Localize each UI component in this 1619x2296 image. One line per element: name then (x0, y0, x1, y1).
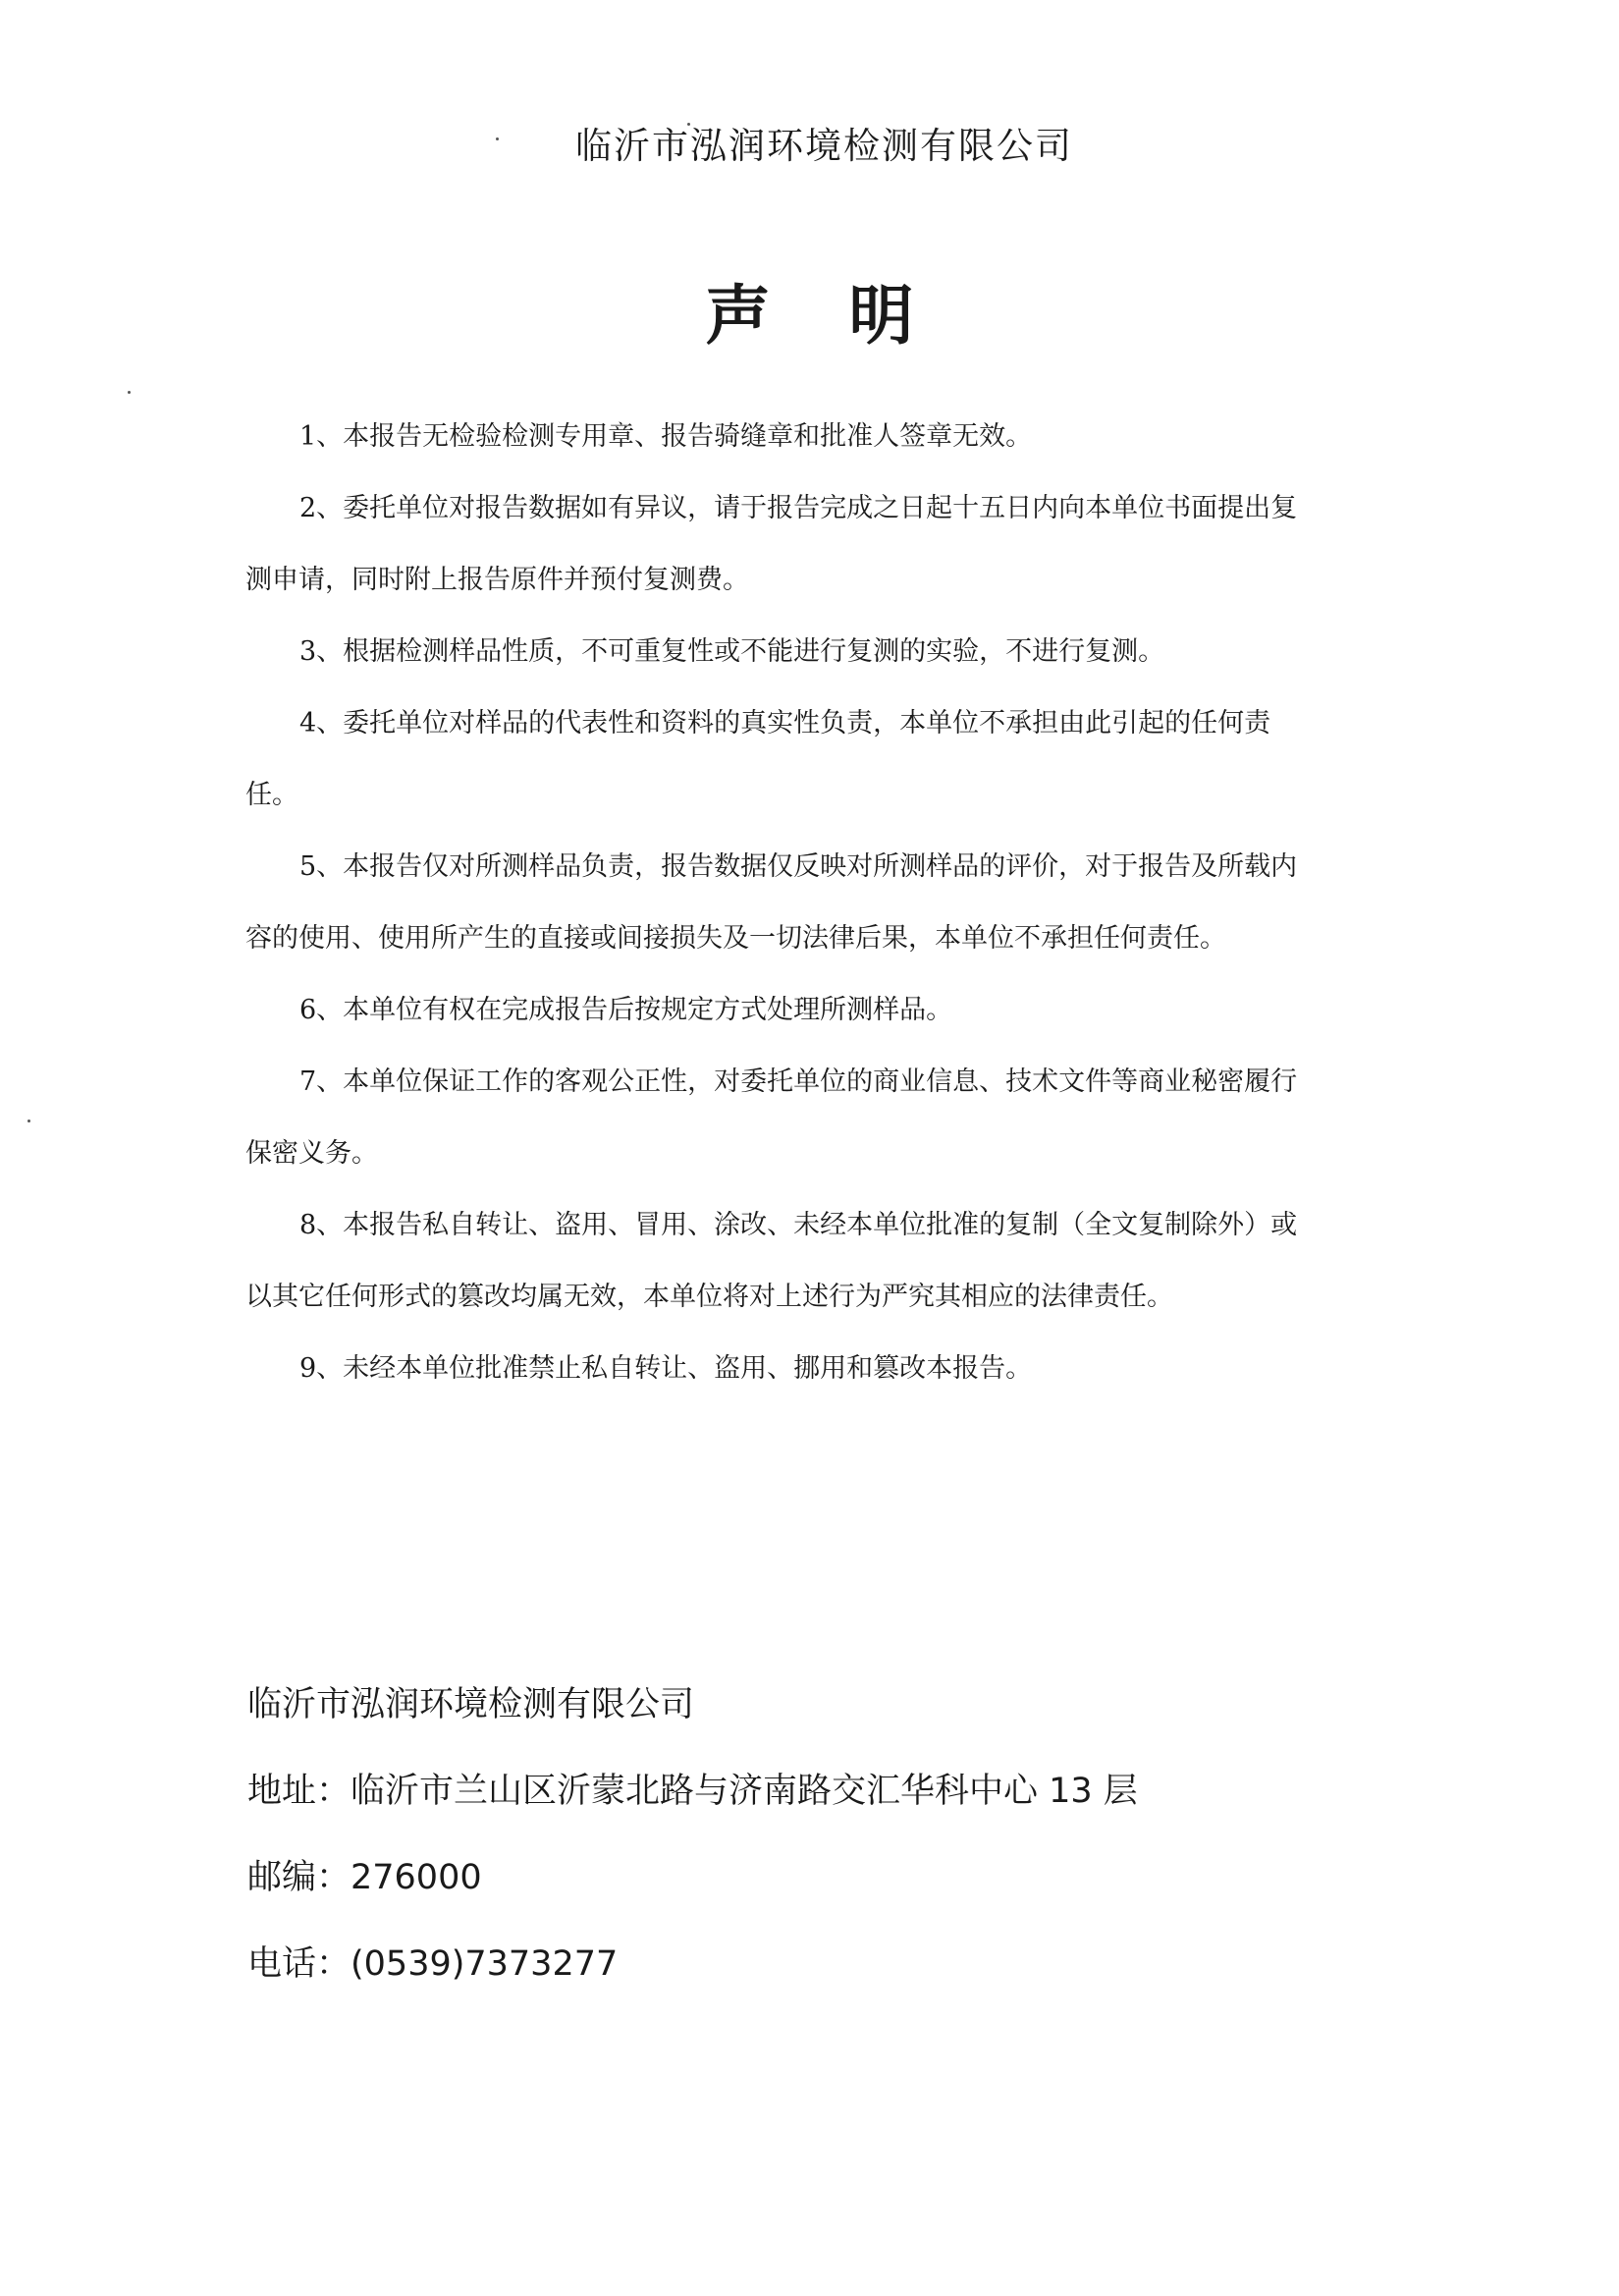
statement-item-8: 8、本报告私自转让、盗用、冒用、涂改、未经本单位批准的复制（全文复制除外）或 以… (245, 1206, 1384, 1317)
scan-speck (27, 1120, 30, 1122)
scan-speck (687, 123, 690, 126)
contact-company: 临沂市泓润环境检测有限公司 (247, 1681, 1138, 1768)
statement-line: 3、根据检测样品性质，不可重复性或不能进行复测的实验，不进行复测。 (245, 632, 1384, 672)
statement-line: 以其它任何形式的篡改均属无效，本单位将对上述行为严究其相应的法律责任。 (245, 1278, 1384, 1317)
scan-speck (128, 391, 131, 394)
contact-block: 临沂市泓润环境检测有限公司 地址：临沂市兰山区沂蒙北路与济南路交汇华科中心 13… (247, 1681, 1138, 2027)
title-char-1: 声 (706, 277, 771, 354)
statement-line: 任。 (245, 776, 1384, 815)
statement-line: 容的使用、使用所产生的直接或间接损失及一切法律后果，本单位不承担任何责任。 (245, 919, 1384, 958)
statement-line: 2、委托单位对报告数据如有异议，请于报告完成之日起十五日内向本单位书面提出复 (245, 489, 1384, 528)
statement-line: 9、未经本单位批准禁止私自转让、盗用、挪用和篡改本报告。 (245, 1349, 1384, 1389)
statement-line: 6、本单位有权在完成报告后按规定方式处理所测样品。 (245, 991, 1384, 1030)
header-company-name: 临沂市泓润环境检测有限公司 (0, 116, 1619, 169)
statement-line: 1、本报告无检验检测专用章、报告骑缝章和批准人签章无效。 (245, 417, 1384, 457)
statement-line: 保密义务。 (245, 1134, 1384, 1174)
statement-item-1: 1、本报告无检验检测专用章、报告骑缝章和批准人签章无效。 (245, 417, 1384, 457)
statement-line: 8、本报告私自转让、盗用、冒用、涂改、未经本单位批准的复制（全文复制除外）或 (245, 1206, 1384, 1245)
page-title: 声明 (0, 263, 1619, 356)
contact-phone: 电话：(0539)7373277 (247, 1941, 1138, 2027)
statement-item-9: 9、未经本单位批准禁止私自转让、盗用、挪用和篡改本报告。 (245, 1349, 1384, 1389)
statement-line: 7、本单位保证工作的客观公正性，对委托单位的商业信息、技术文件等商业秘密履行 (245, 1063, 1384, 1102)
contact-address: 地址：临沂市兰山区沂蒙北路与济南路交汇华科中心 13 层 (247, 1768, 1138, 1854)
statement-line: 测申请，同时附上报告原件并预付复测费。 (245, 561, 1384, 600)
statement-item-3: 3、根据检测样品性质，不可重复性或不能进行复测的实验，不进行复测。 (245, 632, 1384, 672)
statement-list: 1、本报告无检验检测专用章、报告骑缝章和批准人签章无效。 2、委托单位对报告数据… (245, 417, 1384, 1389)
statement-item-5: 5、本报告仅对所测样品负责，报告数据仅反映对所测样品的评价，对于报告及所载内 容… (245, 847, 1384, 958)
statement-item-6: 6、本单位有权在完成报告后按规定方式处理所测样品。 (245, 991, 1384, 1030)
statement-line: 4、委托单位对样品的代表性和资料的真实性负责，本单位不承担由此引起的任何责 (245, 704, 1384, 743)
statement-item-2: 2、委托单位对报告数据如有异议，请于报告完成之日起十五日内向本单位书面提出复 测… (245, 489, 1384, 600)
statement-item-7: 7、本单位保证工作的客观公正性，对委托单位的商业信息、技术文件等商业秘密履行 保… (245, 1063, 1384, 1174)
scan-speck (496, 137, 499, 140)
statement-item-4: 4、委托单位对样品的代表性和资料的真实性负责，本单位不承担由此引起的任何责 任。 (245, 704, 1384, 815)
title-char-2: 明 (849, 277, 914, 354)
contact-postcode: 邮编：276000 (247, 1854, 1138, 1941)
statement-line: 5、本报告仅对所测样品负责，报告数据仅反映对所测样品的评价，对于报告及所载内 (245, 847, 1384, 887)
